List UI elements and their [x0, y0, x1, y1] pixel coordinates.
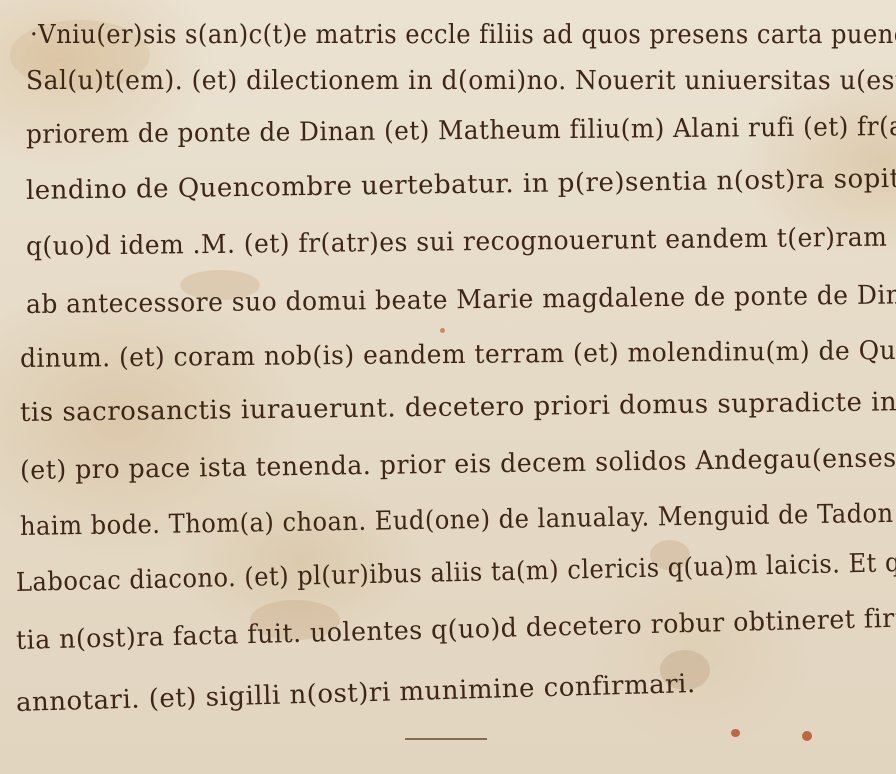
- charter-line-6: ab antecessore suo domui beate Marie mag…: [26, 278, 896, 320]
- charter-line-12: tia n(ost)ra facta fuit. uolentes q(uo)d…: [16, 596, 896, 656]
- charter-line-9: (et) pro pace ista tenenda. prior eis de…: [20, 439, 896, 486]
- charter-line-10: haim bode. Thom(a) choan. Eud(one) de la…: [20, 493, 896, 542]
- charter-line-1: ·Vniu(er)sis s(an)c(t)e matris eccle fil…: [30, 20, 896, 50]
- red-ink-spot: [802, 731, 812, 741]
- charter-line-3: priorem de ponte de Dinan (et) Matheum f…: [26, 108, 896, 150]
- red-ink-spot: [731, 729, 740, 737]
- parchment-charter: ·Vniu(er)sis s(an)c(t)e matris eccle fil…: [0, 0, 896, 774]
- closing-rule: [405, 738, 487, 740]
- charter-line-13: annotari. (et) sigilli n(ost)ri munimine…: [16, 669, 696, 718]
- charter-line-8: tis sacrosanctis iurauerunt. decetero pr…: [20, 384, 896, 428]
- charter-line-2: Sal(u)t(em). (et) dilectionem in d(omi)n…: [26, 66, 896, 96]
- red-ink-spot: [440, 328, 445, 333]
- charter-line-4: lendino de Quencombre uertebatur. in p(r…: [26, 160, 896, 206]
- charter-line-11: Labocac diacono. (et) pl(ur)ibus aliis t…: [16, 540, 896, 598]
- charter-line-5: q(uo)d idem .M. (et) fr(atr)es sui recog…: [26, 219, 896, 262]
- charter-line-7: dinum. (et) coram nob(is) eandem terram …: [20, 333, 896, 374]
